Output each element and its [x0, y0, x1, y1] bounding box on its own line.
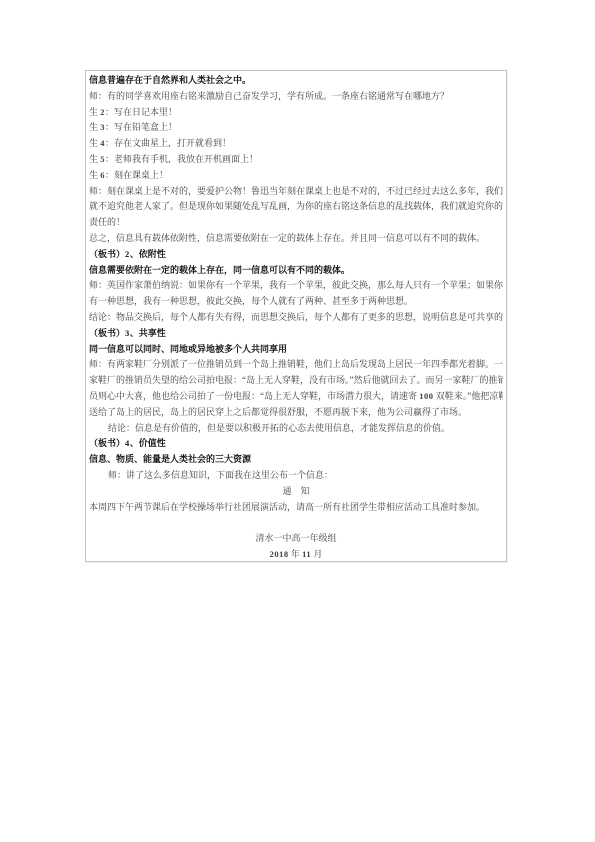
teacher-shoe-story-line-4: 送给了岛上的居民，岛上的居民穿上之后都觉得很舒服，不愿再脱下来，他为公司赢得了市…	[89, 405, 503, 421]
blank-line	[89, 515, 503, 531]
teacher-shoe-story-line-1: 师：有两家鞋厂分别派了一位推销员到一个岛上推销鞋，他们上岛后发现岛上居民一年四季…	[89, 357, 503, 373]
sharing-definition: 同一信息可以同时、同地或异地被多个人共同享用	[89, 342, 503, 358]
notice-signature: 清水一中高一年级组	[89, 531, 503, 547]
student-2-line: 生 2：写在日记本里！	[89, 105, 503, 121]
notice-body: 本周四下午两节课后在学校操场举行社团展演活动，请高一所有社团学生带相应活动工具准…	[89, 500, 503, 516]
board-note-4-value: （板书）4、价值性	[89, 436, 503, 452]
teacher-line-motto-question: 师：有的同学喜欢用座右铭来激励自己奋发学习，学有所成。一条座右铭通常写在哪地方？	[89, 89, 503, 105]
student-3-line: 生 3：写在铅笔盒上！	[89, 120, 503, 136]
student-6-line: 生 6：刻在课桌上！	[89, 168, 503, 184]
notice-title: 通 知	[89, 484, 503, 500]
lesson-plan-table: 信息普遍存在于自然界和人类社会之中。 师：有的同学喜欢用座右铭来激励自己奋发学习…	[85, 70, 507, 562]
teacher-announce-line: 师：讲了这么多信息知识，下面我在这里公布一个信息：	[89, 468, 503, 484]
student-5-line: 生 5：老师我有手机，我放在开机画面上！	[89, 152, 503, 168]
conclusion-value-line: 结论：信息是有价值的，但是要以积极开拓的心态去使用信息，才能发挥信息的价值。	[89, 421, 503, 437]
teacher-desk-reply-line-2: 就不追究他老人家了。但是现你如果随处乱写乱画，为你的座右铭这条信息的乱找载体，我…	[89, 199, 503, 215]
teacher-shoe-story-line-2: 家鞋厂的推销员失望的给公司拍电报：“岛上无人穿鞋，没有市场。”然后他就回去了。而…	[89, 373, 503, 389]
teacher-apple-quote-line-2: 有一种思想，我有一种思想，彼此交换，每个人就有了两种、甚至多于两种思想。	[89, 294, 503, 310]
teacher-desk-reply-line-3: 责任的！	[89, 215, 503, 231]
conclusion-sharing-line: 结论：物品交换后，每个人都有失有得，而思想交换后，每个人都有了更多的思想，说明信…	[89, 310, 503, 326]
teacher-apple-quote-line-1: 师：英国作家萧伯纳说：如果你有一个苹果，我有一个苹果，彼此交换，那么每人只有一个…	[89, 278, 503, 294]
summary-dependency-line: 总之，信息具有载体依附性，信息需要依附在一定的载体上存在。并且同一信息可以有不同…	[89, 231, 503, 247]
board-note-3-sharing: （板书）3、共享性	[89, 326, 503, 342]
three-resources-definition: 信息、物质、能量是人类社会的三大资源	[89, 452, 503, 468]
teacher-shoe-story-line-3: 员则心中大喜，他也给公司拍了一份电报：“岛上无人穿鞋，市场潜力很大，请速寄 10…	[89, 389, 503, 405]
board-note-2-dependency: （板书）2、依附性	[89, 247, 503, 263]
notice-date: 2018 年 11 月	[89, 547, 503, 563]
teacher-desk-reply-line-1: 师：刻在课桌上是不对的，要爱护公物！鲁迅当年刻在课桌上也是不对的，不过已经过去这…	[89, 184, 503, 200]
dependency-definition: 信息需要依附在一定的载体上存在，同一信息可以有不同的载体。	[89, 263, 503, 279]
student-4-line: 生 4：存在文曲星上，打开就看到！	[89, 136, 503, 152]
heading-info-universal: 信息普遍存在于自然界和人类社会之中。	[89, 73, 503, 89]
document-page: 信息普遍存在于自然界和人类社会之中。 师：有的同学喜欢用座右铭来激励自己奋发学习…	[0, 0, 595, 842]
